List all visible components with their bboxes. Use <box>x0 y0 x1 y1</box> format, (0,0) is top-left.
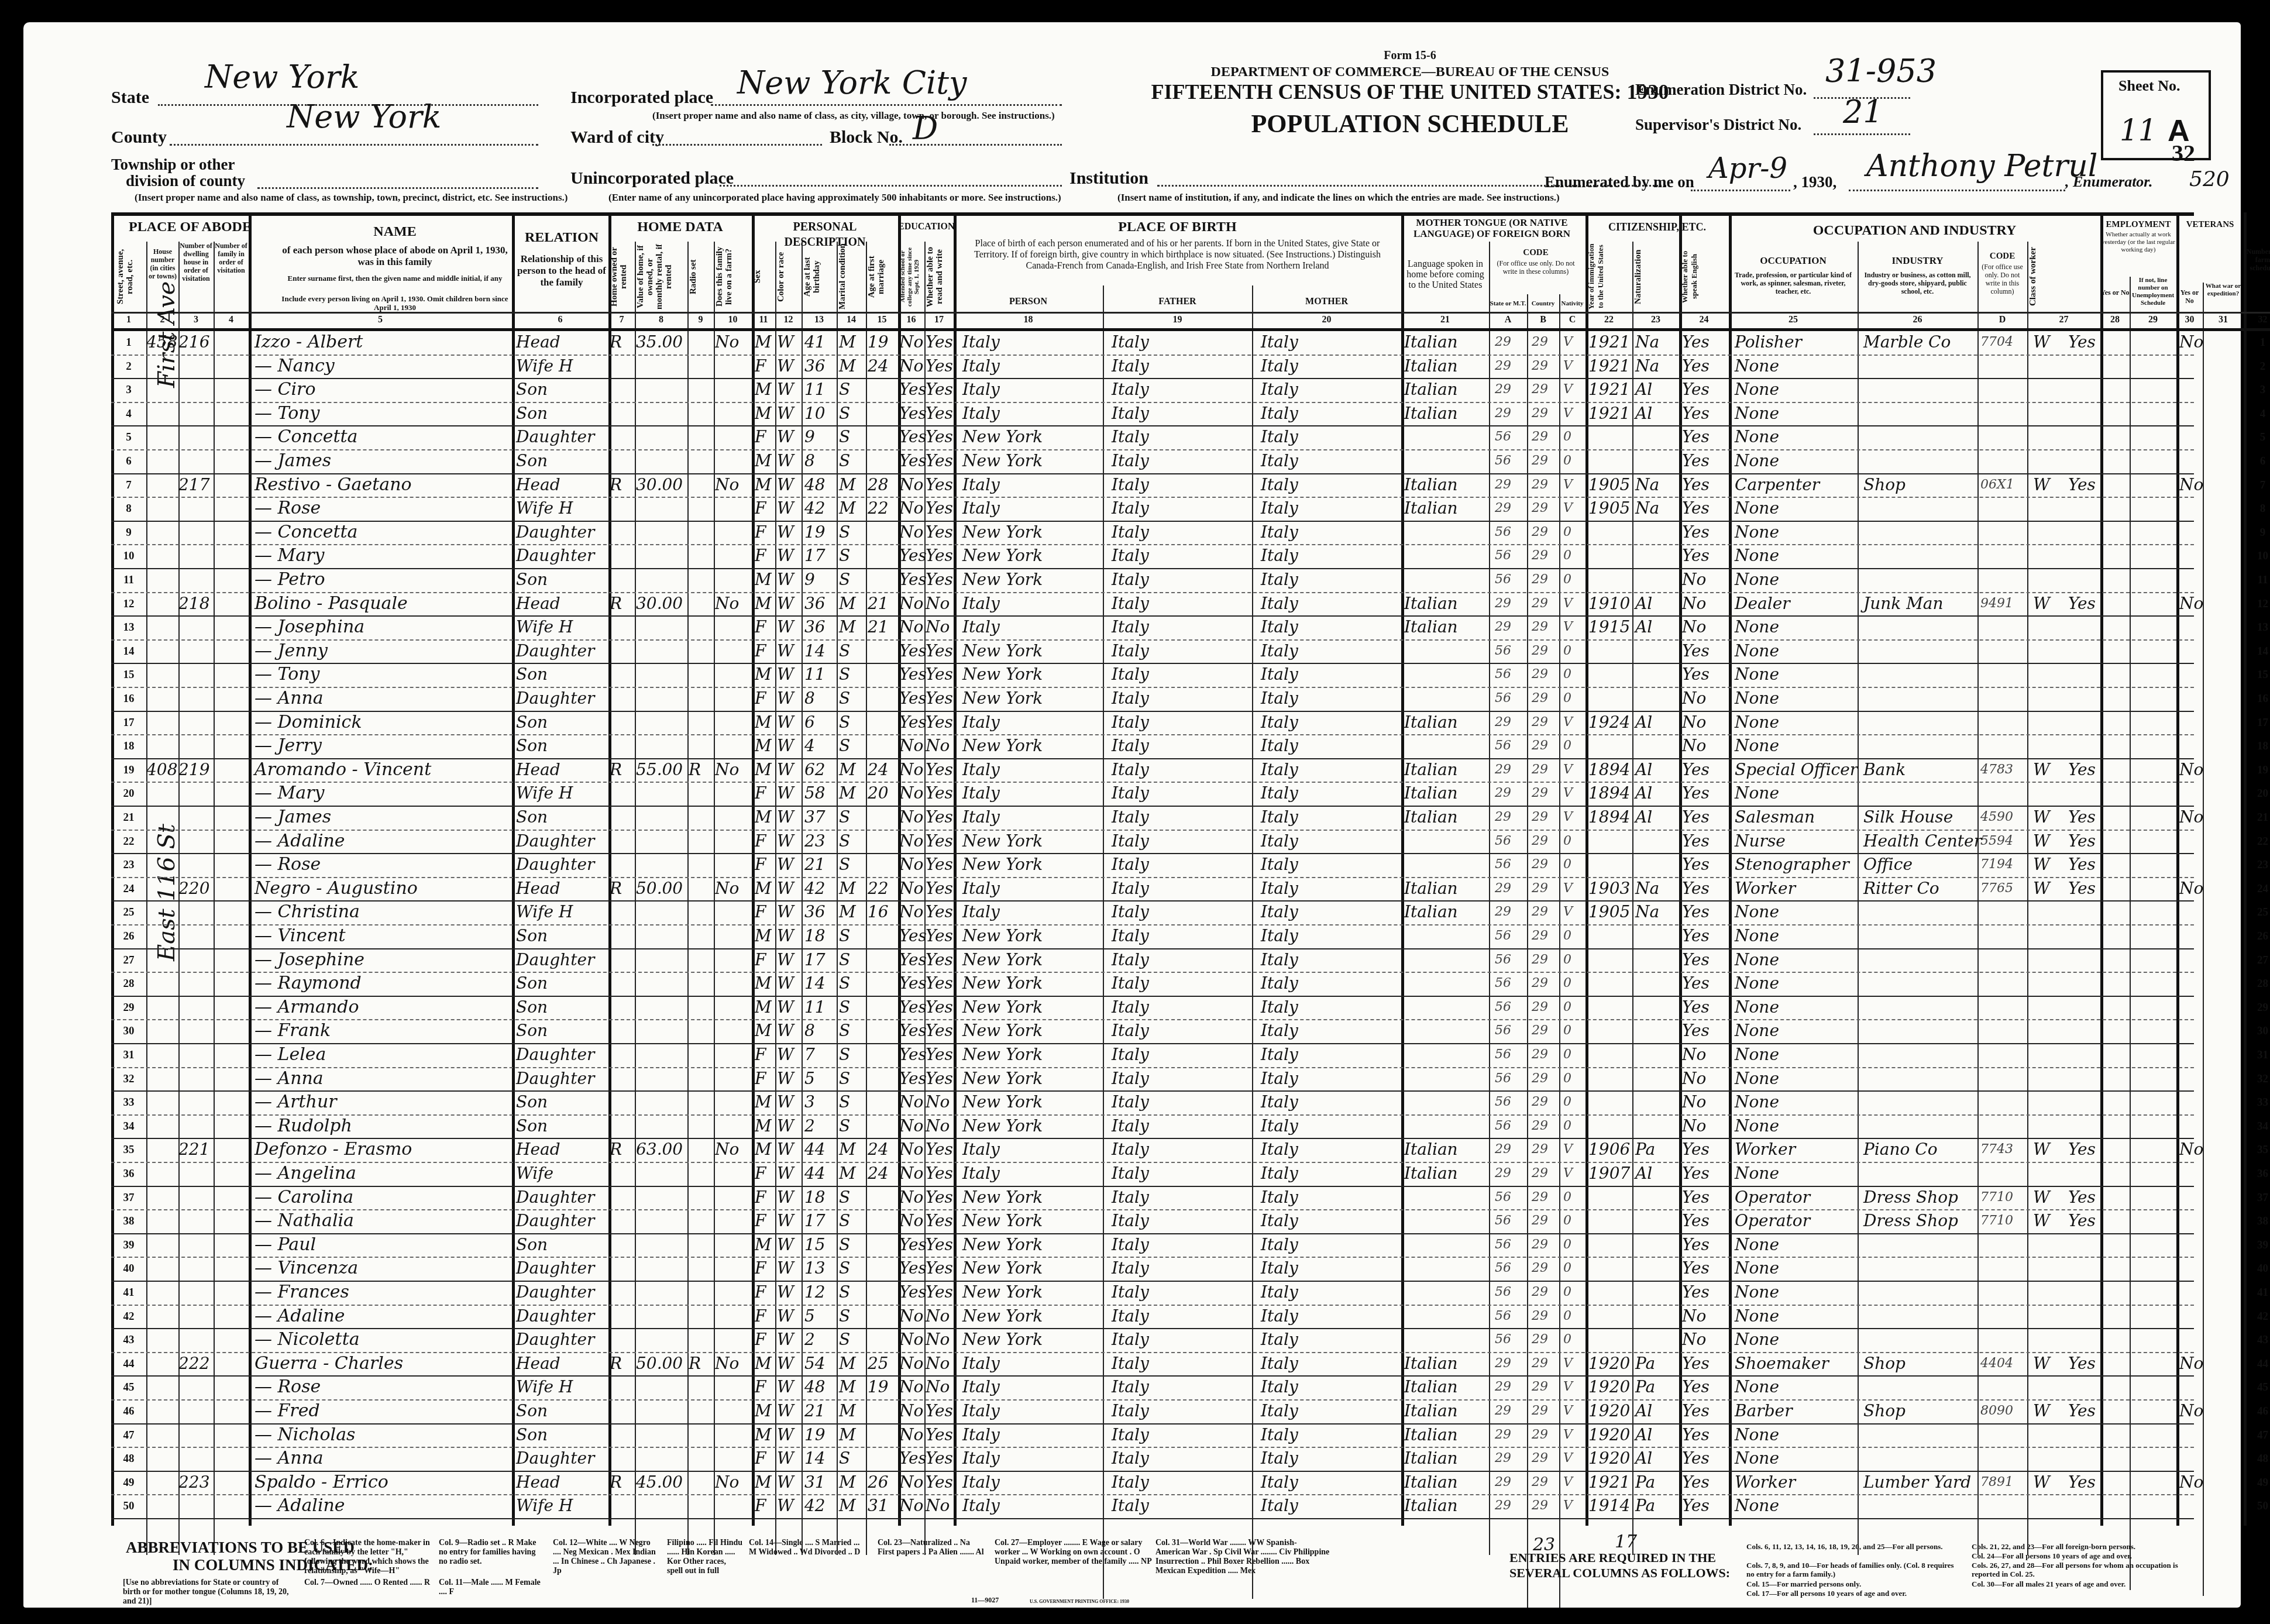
birthplace-person-cell: New York <box>962 641 1106 662</box>
school-cell: No <box>899 1377 926 1398</box>
code-a-cell: 56 <box>1495 973 1530 994</box>
code-c-cell: V <box>1563 807 1587 828</box>
age-cell: 36 <box>804 617 840 638</box>
sex-cell: M <box>755 1234 778 1255</box>
owned-rented-cell: R <box>610 1353 636 1374</box>
marital-cell: S <box>839 522 868 543</box>
naturalization-cell <box>1635 831 1682 852</box>
sex-cell: M <box>755 735 778 756</box>
class-of-worker-cell <box>2033 498 2068 519</box>
radio-cell <box>689 1377 715 1398</box>
immigration-year-cell <box>1588 664 1635 685</box>
age-at-marriage-cell <box>868 925 900 947</box>
code-a-cell: 56 <box>1495 1116 1530 1137</box>
home-value-cell <box>636 1044 689 1065</box>
age-cell: 11 <box>804 997 840 1018</box>
code-a-cell: 29 <box>1495 902 1530 923</box>
home-value-cell <box>636 783 689 804</box>
school-cell: Yes <box>899 1234 926 1255</box>
table-row: 43— NicolettaDaughterFW2SNoNoNew YorkIta… <box>111 1328 2194 1353</box>
code-b-cell: 29 <box>1532 403 1561 424</box>
colnum-5: 5 <box>249 315 512 325</box>
sex-cell: F <box>755 854 778 875</box>
occupation-cell: Barber <box>1735 1401 1860 1422</box>
age-cell: 8 <box>804 450 840 472</box>
occupation-cell: None <box>1735 379 1860 400</box>
name-cell: — Frances <box>254 1282 512 1303</box>
occupation-cell: None <box>1735 1306 1860 1327</box>
schedule-title: POPULATION SCHEDULE <box>1123 109 1697 139</box>
age-at-marriage-cell: 24 <box>868 759 900 780</box>
name-cell: Restivo - Gaetano <box>254 474 512 496</box>
code-d-cell <box>1980 925 2030 947</box>
code-a-cell: 56 <box>1495 1234 1530 1255</box>
code-a-cell: 56 <box>1495 1020 1530 1041</box>
occupation-cell: None <box>1735 641 1860 662</box>
ed-value: 31-953 <box>1825 53 1937 90</box>
farm-cell <box>715 783 753 804</box>
req-6: Col. 24—For all persons 10 years of age … <box>1972 1551 2206 1560</box>
home-value-cell <box>636 1425 689 1446</box>
veteran-cell <box>2179 356 2206 377</box>
birthplace-mother-cell: Italy <box>1261 1163 1404 1184</box>
at-work-cell <box>2068 617 2103 638</box>
speaks-english-cell: Yes <box>1682 1210 1729 1231</box>
family-number-cell <box>214 1353 249 1374</box>
colnum-23: 23 <box>1632 315 1679 325</box>
family-number-cell <box>214 997 249 1018</box>
code-d-cell <box>1980 1044 2030 1065</box>
house-number-cell <box>146 403 178 424</box>
table-row: 45— RoseWife HFW48M19NoNoItalyItalyItaly… <box>111 1375 2194 1401</box>
code-b-cell: 29 <box>1532 1448 1561 1469</box>
house-number-cell <box>146 807 178 828</box>
birthplace-mother-cell: Italy <box>1261 1210 1404 1231</box>
code-b-cell: 29 <box>1532 664 1561 685</box>
class-of-worker-cell <box>2033 783 2068 804</box>
age-cell: 42 <box>804 878 840 899</box>
occupation-cell: Polisher <box>1735 332 1860 353</box>
class-of-worker-cell <box>2033 403 2068 424</box>
speaks-english-cell: Yes <box>1682 474 1729 496</box>
enumerator-number: 520 <box>2189 167 2230 191</box>
school-cell: No <box>899 1116 926 1137</box>
immigration-year-cell: 1921 <box>1588 379 1635 400</box>
home-value-cell <box>636 450 689 472</box>
code-b-cell: 29 <box>1532 1044 1561 1065</box>
family-number-cell <box>214 1329 249 1350</box>
veteran-cell <box>2179 379 2206 400</box>
sex-cell: F <box>755 1187 778 1208</box>
name-cell: — Angelina <box>254 1163 512 1184</box>
colnum-24: 24 <box>1679 315 1729 325</box>
street-cell <box>111 356 146 377</box>
owned-rented-cell <box>610 1116 636 1137</box>
veteran-cell: No <box>2179 1139 2206 1160</box>
immigration-year-cell <box>1588 569 1635 590</box>
line-number-right: 17 <box>2244 717 2270 730</box>
farm-cell <box>715 1068 753 1089</box>
header-code-d: CODE <box>1977 249 2027 264</box>
street-cell <box>111 332 146 353</box>
mother-tongue-cell <box>1404 664 1492 685</box>
birthplace-person-cell: New York <box>962 1020 1106 1041</box>
farm-cell <box>715 617 753 638</box>
dwelling-number-cell <box>178 641 214 662</box>
age-cell: 21 <box>804 1401 840 1422</box>
mother-tongue-cell <box>1404 1258 1492 1279</box>
code-b-cell: 29 <box>1532 1210 1561 1231</box>
class-of-worker-cell <box>2033 925 2068 947</box>
occupation-cell: None <box>1735 712 1860 733</box>
mother-tongue-cell: Italian <box>1404 498 1492 519</box>
street-cell <box>111 1187 146 1208</box>
mother-tongue-cell <box>1404 1282 1492 1303</box>
code-c-cell: 0 <box>1563 735 1587 756</box>
birthplace-father-cell: Italy <box>1112 925 1255 947</box>
home-value-cell <box>636 1020 689 1041</box>
industry-cell <box>1863 1425 1980 1446</box>
birthplace-mother-cell: Italy <box>1261 973 1404 994</box>
house-number-cell <box>146 1163 178 1184</box>
at-work-cell <box>2068 664 2103 685</box>
birthplace-mother-cell: Italy <box>1261 712 1404 733</box>
industry-cell: Marble Co <box>1863 332 1980 353</box>
read-write-cell: Yes <box>926 498 955 519</box>
colnum-20: 20 <box>1252 315 1401 325</box>
owned-rented-cell <box>610 1234 636 1255</box>
county-label: County <box>111 128 167 147</box>
radio-cell <box>689 783 715 804</box>
code-c-cell: 0 <box>1563 1068 1587 1089</box>
age-cell: 21 <box>804 854 840 875</box>
industry-cell <box>1863 379 1980 400</box>
name-cell: Bolino - Pasquale <box>254 593 512 614</box>
col-c-label: Nativity <box>1559 300 1585 307</box>
name-cell: — Christina <box>254 902 512 923</box>
at-work-cell <box>2068 426 2103 448</box>
speaks-english-cell: No <box>1682 1092 1729 1113</box>
street-cell <box>111 379 146 400</box>
birthplace-mother-cell: Italy <box>1261 1092 1404 1113</box>
age-cell: 14 <box>804 641 840 662</box>
mother-tongue-cell: Italian <box>1404 783 1492 804</box>
family-number-cell <box>214 1044 249 1065</box>
occupation-cell: None <box>1735 735 1860 756</box>
occupation-cell: None <box>1735 949 1860 971</box>
age-cell: 6 <box>804 712 840 733</box>
occupation-cell: None <box>1735 1329 1860 1350</box>
relation-description: Relationship of this person to the head … <box>515 253 608 288</box>
naturalization-cell <box>1635 854 1682 875</box>
immigration-year-cell: 1921 <box>1588 332 1635 353</box>
industry-cell: Bank <box>1863 759 1980 780</box>
owned-rented-cell <box>610 1329 636 1350</box>
relation-cell: Son <box>516 450 610 472</box>
home-value-cell: 35.00 <box>636 332 689 353</box>
birthplace-mother-cell: Italy <box>1261 1495 1404 1516</box>
farm-cell <box>715 1377 753 1398</box>
dwelling-number-cell: 223 <box>178 1472 214 1493</box>
age-at-marriage-cell <box>868 735 900 756</box>
col-7-label: Home owned or rented <box>610 242 633 312</box>
age-at-marriage-cell: 28 <box>868 474 900 496</box>
farm-cell: No <box>715 1139 753 1160</box>
dwelling-number-cell: 222 <box>178 1353 214 1374</box>
sex-cell: M <box>755 379 778 400</box>
name-cell: — Frank <box>254 1020 512 1041</box>
veteran-cell <box>2179 1377 2206 1398</box>
birthplace-mother-cell: Italy <box>1261 1353 1404 1374</box>
home-value-cell: 50.00 <box>636 1353 689 1374</box>
at-work-cell <box>2068 379 2103 400</box>
code-d-cell <box>1980 356 2030 377</box>
name-cell: — Fred <box>254 1401 512 1422</box>
home-value-cell: 30.00 <box>636 593 689 614</box>
code-d-cell <box>1980 1282 2030 1303</box>
veteran-cell <box>2179 1425 2206 1446</box>
relation-cell: Wife <box>516 1163 610 1184</box>
code-a-cell: 56 <box>1495 569 1530 590</box>
birthplace-mother-cell: Italy <box>1261 403 1404 424</box>
farm-cell: No <box>715 474 753 496</box>
mother-tongue-cell: Italian <box>1404 807 1492 828</box>
birthplace-mother-cell: Italy <box>1261 925 1404 947</box>
marital-cell: M <box>839 783 868 804</box>
code-b-cell: 29 <box>1532 332 1561 353</box>
industry-cell: Office <box>1863 854 1980 875</box>
dwelling-number-cell: 216 <box>178 332 214 353</box>
home-value-cell <box>636 545 689 566</box>
sex-cell: F <box>755 426 778 448</box>
age-at-marriage-cell <box>868 1068 900 1089</box>
code-d-cell <box>1980 426 2030 448</box>
veteran-cell <box>2179 1092 2206 1113</box>
code-a-cell: 29 <box>1495 379 1530 400</box>
immigration-year-cell <box>1588 831 1635 852</box>
colnum-4: 4 <box>214 315 249 325</box>
marital-cell: S <box>839 688 868 709</box>
industry-cell <box>1863 1448 1980 1469</box>
race-cell: W <box>777 593 803 614</box>
name-cell: — Nicoletta <box>254 1329 512 1350</box>
table-row: 16— AnnaDaughterFW8SYesYesNew YorkItalyI… <box>111 687 2194 712</box>
home-value-cell <box>636 1092 689 1113</box>
farm-cell <box>715 522 753 543</box>
naturalization-cell: Pa <box>1635 1472 1682 1493</box>
mother-tongue-cell <box>1404 1092 1492 1113</box>
code-b-cell: 29 <box>1532 735 1561 756</box>
code-b-cell: 29 <box>1532 356 1561 377</box>
race-cell: W <box>777 569 803 590</box>
industry-cell <box>1863 522 1980 543</box>
owned-rented-cell <box>610 973 636 994</box>
birthplace-father-cell: Italy <box>1112 664 1255 685</box>
street-cell <box>111 1377 146 1398</box>
dwelling-number-cell <box>178 356 214 377</box>
family-number-cell <box>214 593 249 614</box>
line-number-right: 24 <box>2244 883 2270 896</box>
class-of-worker-cell: W <box>2033 854 2068 875</box>
at-work-cell <box>2068 1163 2103 1184</box>
dwelling-number-cell <box>178 1092 214 1113</box>
immigration-year-cell: 1910 <box>1588 593 1635 614</box>
owned-rented-cell <box>610 1187 636 1208</box>
owned-rented-cell <box>610 1258 636 1279</box>
line-number-right: 46 <box>2244 1405 2270 1418</box>
age-cell: 5 <box>804 1306 840 1327</box>
street-cell <box>111 735 146 756</box>
relation-cell: Son <box>516 1234 610 1255</box>
dwelling-number-cell <box>178 1020 214 1041</box>
age-cell: 10 <box>804 403 840 424</box>
immigration-year-cell: 1903 <box>1588 878 1635 899</box>
occupation-cell: None <box>1735 902 1860 923</box>
family-number-cell <box>214 474 249 496</box>
radio-cell <box>689 1329 715 1350</box>
farm-cell: No <box>715 878 753 899</box>
code-d-cell <box>1980 641 2030 662</box>
home-value-cell <box>636 902 689 923</box>
mother-tongue-cell: Italian <box>1404 878 1492 899</box>
class-of-worker-cell <box>2033 356 2068 377</box>
code-a-cell: 56 <box>1495 664 1530 685</box>
age-at-marriage-cell <box>868 569 900 590</box>
relation-cell: Daughter <box>516 1210 610 1231</box>
dwelling-number-cell <box>178 426 214 448</box>
immigration-year-cell: 1905 <box>1588 474 1635 496</box>
name-cell: — Jerry <box>254 735 512 756</box>
age-at-marriage-cell: 21 <box>868 593 900 614</box>
read-write-cell: Yes <box>926 1187 955 1208</box>
veteran-cell: No <box>2179 1353 2206 1374</box>
abbr-col7: Col. 7—Owned ...... O Rented ...... R <box>304 1578 433 1588</box>
marital-cell: S <box>839 450 868 472</box>
relation-cell: Head <box>516 593 610 614</box>
col-22-label: Year of immigration to the United States <box>1587 242 1631 312</box>
industry-cell <box>1863 1234 1980 1255</box>
birthplace-mother-cell: Italy <box>1261 545 1404 566</box>
dwelling-number-cell: 218 <box>178 593 214 614</box>
read-write-cell: Yes <box>926 474 955 496</box>
radio-cell <box>689 474 715 496</box>
school-cell: No <box>899 1306 926 1327</box>
family-number-cell <box>214 688 249 709</box>
header-industry: INDUSTRY <box>1858 253 1977 269</box>
relation-cell: Son <box>516 807 610 828</box>
name-cell: — James <box>254 807 512 828</box>
marital-cell: M <box>839 1472 868 1493</box>
code-a-cell: 56 <box>1495 997 1530 1018</box>
immigration-year-cell <box>1588 1044 1635 1065</box>
req-2: Cols. 7, 8, 9, and 10—For heads of famil… <box>1746 1561 1963 1578</box>
school-cell: No <box>899 332 926 353</box>
immigration-year-cell: 1906 <box>1588 1139 1635 1160</box>
req-4: Col. 17—For all persons 10 years of age … <box>1746 1589 1963 1598</box>
code-c-cell: V <box>1563 902 1587 923</box>
street-cell <box>111 1068 146 1089</box>
dwelling-number-cell <box>178 1116 214 1137</box>
veteran-cell <box>2179 973 2206 994</box>
header-father: FATHER <box>1103 294 1252 309</box>
institution-label: Institution <box>1069 168 1148 188</box>
name-cell: — Adaline <box>254 831 512 852</box>
code-a-cell: 56 <box>1495 1258 1530 1279</box>
age-at-marriage-cell <box>868 831 900 852</box>
family-number-cell <box>214 332 249 353</box>
farm-cell <box>715 569 753 590</box>
age-cell: 62 <box>804 759 840 780</box>
street-cell <box>111 688 146 709</box>
house-number-cell <box>146 617 178 638</box>
immigration-year-cell <box>1588 1092 1635 1113</box>
name-cell: — Mary <box>254 783 512 804</box>
family-number-cell <box>214 902 249 923</box>
at-work-cell <box>2068 1495 2103 1516</box>
school-cell: Yes <box>899 997 926 1018</box>
veteran-cell <box>2179 1282 2206 1303</box>
marital-cell: S <box>839 379 868 400</box>
industry-cell <box>1863 735 1980 756</box>
birthplace-person-cell: New York <box>962 545 1106 566</box>
birthplace-person-cell: New York <box>962 1068 1106 1089</box>
race-cell: W <box>777 1163 803 1184</box>
table-row: 19408219Aromando - VincentHeadR55.00RNoM… <box>111 758 2194 783</box>
age-at-marriage-cell: 26 <box>868 1472 900 1493</box>
home-value-cell <box>636 1187 689 1208</box>
industry-cell <box>1863 569 1980 590</box>
veteran-cell <box>2179 1210 2206 1231</box>
owned-rented-cell: R <box>610 878 636 899</box>
birthplace-mother-cell: Italy <box>1261 1306 1404 1327</box>
race-cell: W <box>777 1116 803 1137</box>
family-number-cell <box>214 1163 249 1184</box>
marital-cell: S <box>839 1210 868 1231</box>
race-cell: W <box>777 973 803 994</box>
speaks-english-cell: Yes <box>1682 498 1729 519</box>
birthplace-father-cell: Italy <box>1112 569 1255 590</box>
naturalization-cell: Na <box>1635 902 1682 923</box>
radio-cell: R <box>689 1353 715 1374</box>
read-write-cell: Yes <box>926 949 955 971</box>
occupation-cell: None <box>1735 1258 1860 1279</box>
owned-rented-cell <box>610 902 636 923</box>
code-a-cell: 29 <box>1495 1377 1530 1398</box>
radio-cell <box>689 1139 715 1160</box>
age-at-marriage-cell <box>868 973 900 994</box>
read-write-cell: Yes <box>926 1425 955 1446</box>
birthplace-person-cell: New York <box>962 1092 1106 1113</box>
marital-cell: M <box>839 1495 868 1516</box>
house-number-cell <box>146 1377 178 1398</box>
read-write-cell: No <box>926 1092 955 1113</box>
age-cell: 2 <box>804 1329 840 1350</box>
industry-cell <box>1863 1258 1980 1279</box>
code-c-cell: 0 <box>1563 1116 1587 1137</box>
school-cell: No <box>899 735 926 756</box>
school-cell: Yes <box>899 1068 926 1089</box>
dwelling-number-cell <box>178 1495 214 1516</box>
code-c-cell: 0 <box>1563 1282 1587 1303</box>
sex-cell: F <box>755 902 778 923</box>
age-cell: 5 <box>804 1068 840 1089</box>
name-cell: — Carolina <box>254 1187 512 1208</box>
owned-rented-cell: R <box>610 593 636 614</box>
industry-cell <box>1863 997 1980 1018</box>
code-d-cell: 7710 <box>1980 1210 2030 1231</box>
name-cell: — Petro <box>254 569 512 590</box>
birthplace-father-cell: Italy <box>1112 403 1255 424</box>
